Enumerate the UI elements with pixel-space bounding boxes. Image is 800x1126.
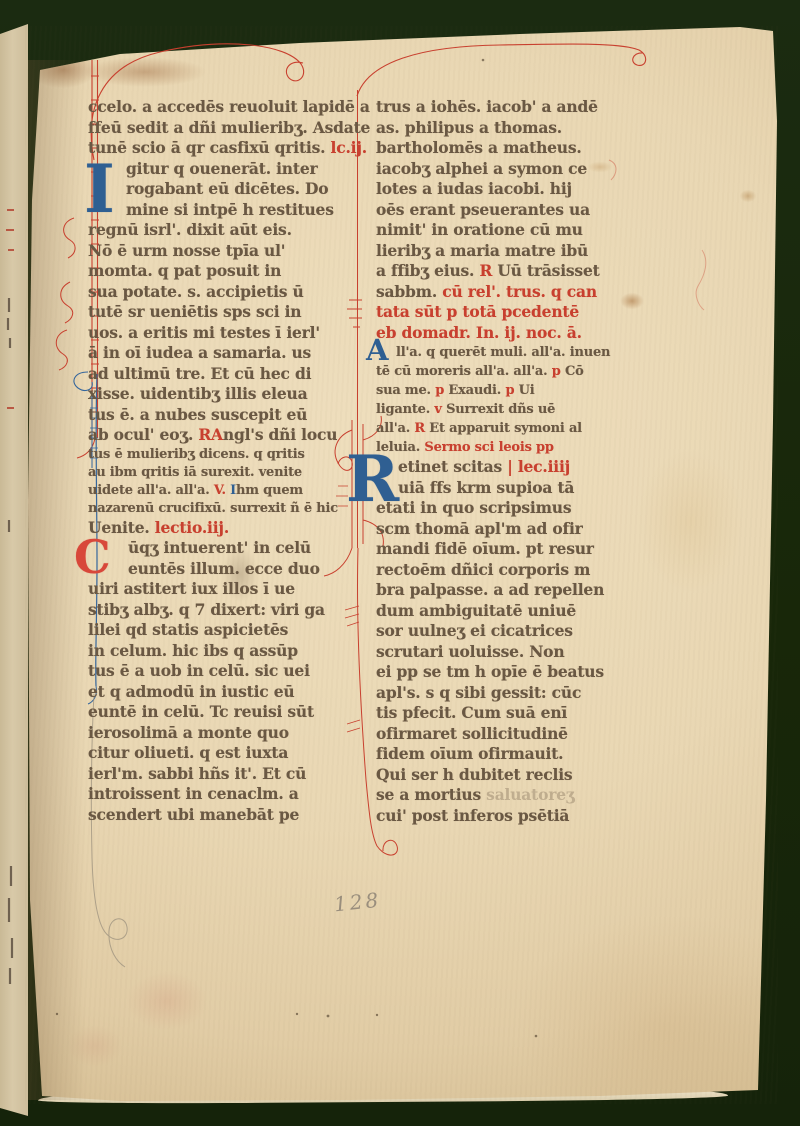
drop-cap-retinet: R xyxy=(346,448,399,512)
text-line: ll'a. q querēt muli. all'a. inuen xyxy=(376,343,632,362)
text-line: ierl'm. sabbi hñs it'. Et cū xyxy=(88,764,344,785)
text-segment: bartholomēs a matheus. xyxy=(376,138,582,157)
text-line: uiri astitert iux illos ī ue xyxy=(88,579,344,600)
text-line: tus ē mulieribʒ dicens. q qritis xyxy=(88,446,344,464)
text-segment: nazarenū crucifixū. surrexit ñ ē hic xyxy=(88,501,338,516)
text-line: rogabant eū dicētes. Do xyxy=(88,179,344,200)
rubric-segment: R xyxy=(414,421,429,436)
text-segment: mine si intpē h restitues xyxy=(126,200,334,219)
text-line: leluia. Sermo sci leois pp xyxy=(376,438,632,457)
text-segment: sua me. xyxy=(376,383,435,398)
text-line: nimit' in oratione cū mu xyxy=(376,220,632,241)
text-segment: ccelo. a accedēs reuoluit lapidē a xyxy=(88,97,370,116)
text-segment: bra palpasse. a ad repellen xyxy=(376,580,604,599)
text-segment: ad ultimū tre. Et cū hec di xyxy=(88,364,311,383)
text-line: tutē sr ueniētis sps sci in xyxy=(88,302,344,323)
text-line: ligante. v Surrexit dñs uē xyxy=(376,400,632,419)
text-line: euntē in celū. Tc reuisi sūt xyxy=(88,702,344,723)
text-line: Uenite. lectio.iij. xyxy=(88,518,344,539)
text-segment: introissent in cenaclm. a xyxy=(88,784,299,803)
text-line: etati in quo scripsimus xyxy=(376,498,632,519)
manuscript-photo: ccelo. a accedēs reuoluit lapidē affeū s… xyxy=(0,0,800,1126)
text-segment: ei pp se tm h opīe ē beatus xyxy=(376,662,604,681)
text-line: Nō ē urm nosse tpīa ul' xyxy=(88,241,344,262)
text-segment: tutē sr ueniētis sps sci in xyxy=(88,302,301,321)
text-segment: uidete all'a. all'a. xyxy=(88,483,214,498)
text-line: dum ambiguitatē uniuē xyxy=(376,601,632,622)
text-segment: euntē in celū. Tc reuisi sūt xyxy=(88,702,314,721)
text-segment: et q admodū in iustic eū xyxy=(88,682,294,701)
text-segment: saluatoreʒ xyxy=(486,785,574,804)
text-line: tus ē. a nubes suscepit eū xyxy=(88,405,344,426)
text-line: sua potate. s. accipietis ū xyxy=(88,282,344,303)
text-line: gitur q ouenerāt. inter xyxy=(88,159,344,180)
rubric-segment: v xyxy=(434,402,446,417)
text-segment: lilei qd statis aspicietēs xyxy=(88,620,288,639)
text-line: uidete all'a. all'a. V. Ihm quem xyxy=(88,482,344,500)
text-segment: tis pfecit. Cum suā enī xyxy=(376,703,567,722)
drop-cap-igitur: I xyxy=(84,156,115,222)
text-line: sua me. p Exaudi. p Ui xyxy=(376,381,632,400)
text-segment: stibʒ albʒ. q 7 dixert: viri ga xyxy=(88,600,325,619)
text-segment: ll'a. q querēt muli. all'a. inuen xyxy=(396,345,610,360)
text-segment: gitur q ouenerāt. inter xyxy=(126,159,317,178)
text-line: Qui ser h dubitet reclis xyxy=(376,765,632,786)
text-line: ofirmaret sollicitudinē xyxy=(376,724,632,745)
text-line: tis pfecit. Cum suā enī xyxy=(376,703,632,724)
rubric-segment: tata sūt p totā pcedentē xyxy=(376,302,579,321)
rubric-segment: RA xyxy=(198,425,223,444)
drop-cap-alleluia: A xyxy=(366,336,389,365)
text-segment: ūqʒ intuerent' in celū xyxy=(128,538,311,557)
text-segment: ngl's dñi locu xyxy=(223,425,337,444)
folio-number: 128 xyxy=(333,888,382,917)
text-segment: etati in quo scripsimus xyxy=(376,498,571,517)
text-segment: citur oliueti. q est iuxta xyxy=(88,743,288,762)
text-line: oēs erant pseuerantes ua xyxy=(376,200,632,221)
text-line: euntēs illum. ecce duo xyxy=(88,559,344,580)
text-line: citur oliueti. q est iuxta xyxy=(88,743,344,764)
rubric-segment: V. xyxy=(214,483,230,498)
text-line: momta. q pat posuit in xyxy=(88,261,344,282)
text-line: scm thomā apl'm ad ofir xyxy=(376,519,632,540)
text-line: nazarenū crucifixū. surrexit ñ ē hic xyxy=(88,500,344,518)
text-segment: all'a. xyxy=(376,421,414,436)
text-line: rectoēm dñici corporis m xyxy=(376,560,632,581)
text-line: tus ē a uob in celū. sic uei xyxy=(88,661,344,682)
text-line: au ibm qritis iā surexit. venite xyxy=(88,464,344,482)
text-line: introissent in cenaclm. a xyxy=(88,784,344,805)
text-line: as. philipus a thomas. xyxy=(376,118,632,139)
text-segment: uos. a eritis mi testes ī ierl' xyxy=(88,323,320,342)
text-segment: uiā ffs krm supioa tā xyxy=(398,478,574,497)
text-segment: tus ē a uob in celū. sic uei xyxy=(88,661,310,680)
text-segment: lotes a iudas iacobi. hij xyxy=(376,179,572,198)
text-line: mandi fidē oīum. pt resur xyxy=(376,539,632,560)
text-segment: Nō ē urm nosse tpīa ul' xyxy=(88,241,285,260)
text-segment: xisse. uidentibʒ illis eleua xyxy=(88,384,307,403)
text-line: ccelo. a accedēs reuoluit lapidē a xyxy=(88,97,344,118)
text-segment: apl's. s q sibi gessit: cūc xyxy=(376,683,581,702)
text-segment: Cō xyxy=(565,364,584,379)
text-line: se a mortius saluatoreʒ xyxy=(376,785,632,806)
text-segment: ofirmaret sollicitudinē xyxy=(376,724,568,743)
text-segment: ā in oī iudea a samaria. us xyxy=(88,343,311,362)
text-segment: ffeū sedit a dñi mulieribʒ. Asdate xyxy=(88,118,370,137)
text-segment: in celum. hic ibs q assūp xyxy=(88,641,298,660)
text-segment: a ffibʒ eius. xyxy=(376,261,479,280)
text-line: bra palpasse. a ad repellen xyxy=(376,580,632,601)
rubric-segment: p xyxy=(435,383,448,398)
text-line: trus a iohēs. iacob' a andē xyxy=(376,97,632,118)
text-segment: lieribʒ a maria matre ibū xyxy=(376,241,588,260)
text-line: stibʒ albʒ. q 7 dixert: viri ga xyxy=(88,600,344,621)
text-segment: Surrexit dñs uē xyxy=(446,402,555,417)
drop-cap-cumque: C xyxy=(74,534,111,580)
text-segment: tus ē. a nubes suscepit eū xyxy=(88,405,307,424)
text-line: all'a. R Et apparuit symoni al xyxy=(376,419,632,438)
text-segment: momta. q pat posuit in xyxy=(88,261,281,280)
text-segment: au ibm qritis iā surexit. venite xyxy=(88,465,302,480)
text-segment: sua potate. s. accipietis ū xyxy=(88,282,304,301)
text-segment: Ui xyxy=(519,383,535,398)
text-segment: se a mortius xyxy=(376,785,486,804)
text-segment: Uū trāsisset xyxy=(497,261,599,280)
text-segment: tē cū moreris all'a. all'a. xyxy=(376,364,552,379)
text-segment: ierosolimā a monte quo xyxy=(88,723,289,742)
text-segment: euntēs illum. ecce duo xyxy=(128,559,320,578)
text-line: et q admodū in iustic eū xyxy=(88,682,344,703)
text-line: lotes a iudas iacobi. hij xyxy=(376,179,632,200)
right-text-column: trus a iohēs. iacob' a andēas. philipus … xyxy=(376,97,632,826)
text-segment: as. philipus a thomas. xyxy=(376,118,562,137)
text-segment: regnū isrl'. dixit aūt eis. xyxy=(88,220,292,239)
text-line: in celum. hic ibs q assūp xyxy=(88,641,344,662)
text-segment: scrutari uoluisse. Non xyxy=(376,642,564,661)
text-segment: ligante. xyxy=(376,402,434,417)
text-segment: tunē scio ā qr casfixū qritis. xyxy=(88,138,331,157)
text-segment: Exaudi. xyxy=(448,383,505,398)
text-line: apl's. s q sibi gessit: cūc xyxy=(376,683,632,704)
text-segment: scm thomā apl'm ad ofir xyxy=(376,519,583,538)
text-line: ierosolimā a monte quo xyxy=(88,723,344,744)
text-line: eb domadr. In. ij. noc. ā. xyxy=(376,323,632,344)
text-line: cui' post inferos psētiā xyxy=(376,806,632,827)
text-segment: Et apparuit symoni al xyxy=(429,421,582,436)
text-line: lilei qd statis aspicietēs xyxy=(88,620,344,641)
text-line: scrutari uoluisse. Non xyxy=(376,642,632,663)
text-line: bartholomēs a matheus. xyxy=(376,138,632,159)
text-line: xisse. uidentibʒ illis eleua xyxy=(88,384,344,405)
text-line: mine si intpē h restitues xyxy=(88,200,344,221)
rubric-segment: Sermo sci leois pp xyxy=(424,440,553,455)
rubric-segment: eb domadr. In. ij. noc. ā. xyxy=(376,323,582,342)
rubric-segment: | lec.iiij xyxy=(507,457,570,476)
rubric-segment: p xyxy=(552,364,565,379)
text-line: uos. a eritis mi testes ī ierl' xyxy=(88,323,344,344)
text-segment: ierl'm. sabbi hñs it'. Et cū xyxy=(88,764,306,783)
text-line: ad ultimū tre. Et cū hec di xyxy=(88,364,344,385)
text-line: ab ocul' eoʒ. RAngl's dñi locu xyxy=(88,425,344,446)
text-segment: dum ambiguitatē uniuē xyxy=(376,601,576,620)
rubric-segment: lectio.iij. xyxy=(155,518,229,537)
left-text-column: ccelo. a accedēs reuoluit lapidē affeū s… xyxy=(88,97,344,825)
text-line: tata sūt p totā pcedentē xyxy=(376,302,632,323)
text-segment: Qui ser h dubitet reclis xyxy=(376,765,572,784)
text-line: ffeū sedit a dñi mulieribʒ. Asdate xyxy=(88,118,344,139)
text-line: tunē scio ā qr casfixū qritis. lc.ij. xyxy=(88,138,344,159)
rubric-segment: p xyxy=(505,383,518,398)
text-line: scendert ubi manebāt pe xyxy=(88,805,344,826)
text-segment: etinet scitas xyxy=(398,457,507,476)
text-segment: iacobʒ alphei a symon ce xyxy=(376,159,587,178)
text-segment: oēs erant pseuerantes ua xyxy=(376,200,590,219)
text-segment: hm quem xyxy=(236,483,303,498)
text-segment: trus a iohēs. iacob' a andē xyxy=(376,97,598,116)
text-line: sabbm. cū rel'. trus. q can xyxy=(376,282,632,303)
text-segment: ab ocul' eoʒ. xyxy=(88,425,198,444)
rubric-segment: R xyxy=(479,261,497,280)
text-segment: rogabant eū dicētes. Do xyxy=(126,179,328,198)
text-line: iacobʒ alphei a symon ce xyxy=(376,159,632,180)
text-segment: tus ē mulieribʒ dicens. q qritis xyxy=(88,447,305,462)
text-segment: sabbm. xyxy=(376,282,442,301)
page-stack-edge xyxy=(0,24,28,1116)
text-segment: rectoēm dñici corporis m xyxy=(376,560,590,579)
text-line: fidem oīum ofirmauit. xyxy=(376,744,632,765)
text-segment: uiri astitert iux illos ī ue xyxy=(88,579,295,598)
text-line: uiā ffs krm supioa tā xyxy=(376,478,632,499)
text-line: ūqʒ intuerent' in celū xyxy=(88,538,344,559)
text-line: ei pp se tm h opīe ē beatus xyxy=(376,662,632,683)
text-segment: scendert ubi manebāt pe xyxy=(88,805,299,824)
text-segment: fidem oīum ofirmauit. xyxy=(376,744,563,763)
text-line: sor uulneʒ ei cicatrices xyxy=(376,621,632,642)
text-line: ā in oī iudea a samaria. us xyxy=(88,343,344,364)
text-line: tē cū moreris all'a. all'a. p Cō xyxy=(376,362,632,381)
text-segment: mandi fidē oīum. pt resur xyxy=(376,539,594,558)
text-segment: cui' post inferos psētiā xyxy=(376,806,569,825)
text-line: lieribʒ a maria matre ibū xyxy=(376,241,632,262)
text-segment: nimit' in oratione cū mu xyxy=(376,220,583,239)
text-line: etinet scitas | lec.iiij xyxy=(376,457,632,478)
text-line: a ffibʒ eius. R Uū trāsisset xyxy=(376,261,632,282)
text-segment: sor uulneʒ ei cicatrices xyxy=(376,621,573,640)
text-line: regnū isrl'. dixit aūt eis. xyxy=(88,220,344,241)
rubric-segment: cū rel'. trus. q can xyxy=(442,282,597,301)
rubric-segment: lc.ij. xyxy=(331,138,367,157)
